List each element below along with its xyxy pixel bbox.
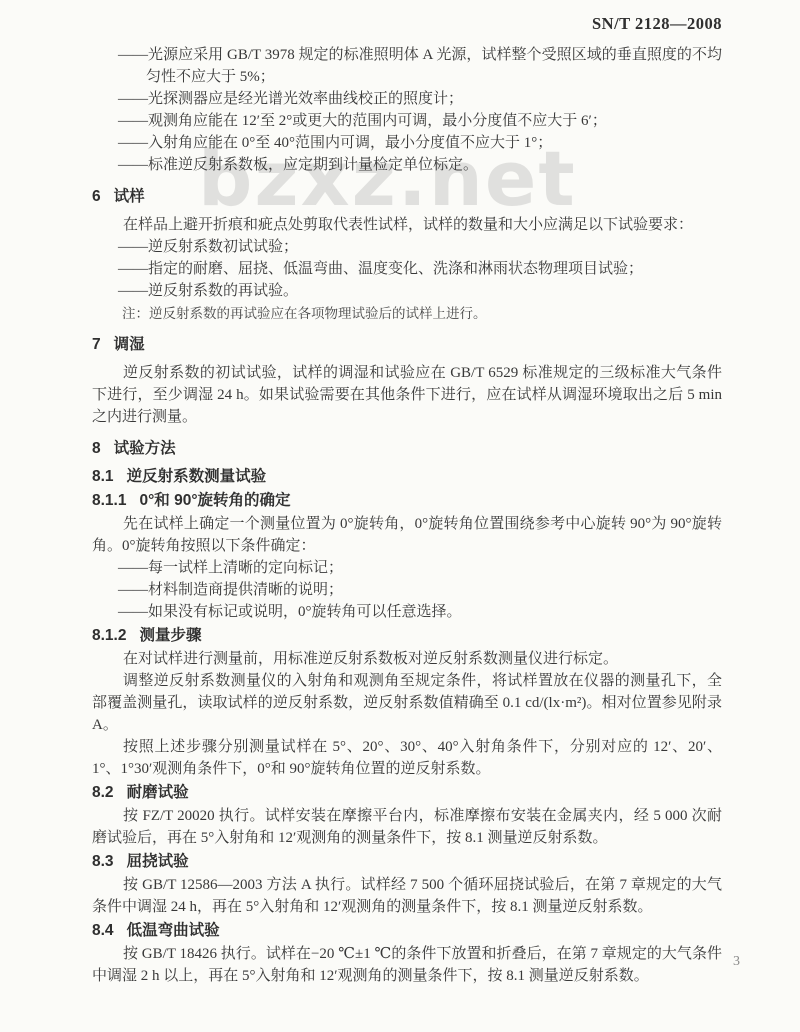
section-heading-8-1-1: 8.1.10°和 90°旋转角的确定 xyxy=(92,490,722,512)
section-heading-8-3: 8.3屈挠试验 xyxy=(92,851,722,873)
list-item-text: 逆反射系数初试试验； xyxy=(148,239,298,255)
section-title: 测量步骤 xyxy=(139,627,201,644)
section-title: 低温弯曲试验 xyxy=(127,922,220,939)
list-item-dash: ——逆反射系数初试试验； xyxy=(92,236,722,258)
section-number: 8.1.1 xyxy=(92,492,126,509)
document-number: SN/T 2128—2008 xyxy=(92,14,722,34)
section-heading-6: 6试样 xyxy=(92,186,722,208)
list-item-text: 逆反射系数的再试验。 xyxy=(148,283,298,299)
section-title: 0°和 90°旋转角的确定 xyxy=(139,492,290,509)
list-item-text: 每一试样上清晰的定向标记； xyxy=(148,560,343,576)
note: 注：逆反射系数的再试验应在各项物理试验后的试样上进行。 xyxy=(92,304,722,324)
section-title: 屈挠试验 xyxy=(127,853,189,870)
dash-glyph: —— xyxy=(118,582,148,598)
section-heading-8-1-2: 8.1.2测量步骤 xyxy=(92,625,722,647)
list-item-text: 指定的耐磨、屈挠、低温弯曲、温度变化、洗涤和淋雨状态物理项目试验； xyxy=(148,261,643,277)
list-item-text: 如果没有标记或说明，0°旋转角可以任意选择。 xyxy=(148,604,462,620)
section-number: 8.3 xyxy=(92,853,114,870)
note-text: 逆反射系数的再试验应在各项物理试验后的试样上进行。 xyxy=(149,306,487,321)
list-item-dash: ——光探测器应是经光谱光效率曲线校正的照度计； xyxy=(92,88,722,110)
section-number: 7 xyxy=(92,336,101,353)
section-number: 8.1.2 xyxy=(92,627,126,644)
paragraph: 逆反射系数的初试试验，试样的调湿和试验应在 GB/T 6529 标准规定的三级标… xyxy=(92,362,722,428)
list-item-text: 光源应采用 GB/T 3978 规定的标准照明体 A 光源，试样整个受照区域的垂… xyxy=(146,47,722,85)
list-item-dash: ——光源应采用 GB/T 3978 规定的标准照明体 A 光源，试样整个受照区域… xyxy=(92,44,722,88)
paragraph: 按 FZ/T 20020 执行。试样安装在摩擦平台内，标准摩擦布安装在金属夹内，… xyxy=(92,805,722,849)
section-number: 6 xyxy=(92,188,101,205)
paragraph: 调整逆反射系数测量仪的入射角和观测角至规定条件，将试样置放在仪器的测量孔下，全部… xyxy=(92,670,722,736)
list-item-text: 光探测器应是经光谱光效率曲线校正的照度计； xyxy=(148,91,463,107)
paragraph: 按照上述步骤分别测量试样在 5°、20°、30°、40°入射角条件下，分别对应的… xyxy=(92,736,722,780)
paragraph: 在对试样进行测量前，用标准逆反射系数板对逆反射系数测量仪进行标定。 xyxy=(92,648,722,670)
section-heading-8-1: 8.1逆反射系数测量试验 xyxy=(92,466,722,488)
paragraph: 先在试样上确定一个测量位置为 0°旋转角，0°旋转角位置围绕参考中心旋转 90°… xyxy=(92,513,722,557)
section-heading-8-2: 8.2耐磨试验 xyxy=(92,782,722,804)
scanned-standard-page: bzxz.net SN/T 2128—2008 ——光源应采用 GB/T 397… xyxy=(0,0,800,1032)
dash-glyph: —— xyxy=(118,157,148,173)
section-number: 8.1 xyxy=(92,468,114,485)
note-label: 注： xyxy=(122,306,149,321)
paragraph: 按 GB/T 12586—2003 方法 A 执行。试样经 7 500 个循环屈… xyxy=(92,874,722,918)
list-item-dash: ——每一试样上清晰的定向标记； xyxy=(92,557,722,579)
section-title: 逆反射系数测量试验 xyxy=(127,468,267,485)
section-title: 调湿 xyxy=(114,336,145,353)
dash-glyph: —— xyxy=(118,261,148,277)
section-title: 试样 xyxy=(114,188,145,205)
document-body: SN/T 2128—2008 ——光源应采用 GB/T 3978 规定的标准照明… xyxy=(0,0,800,1032)
list-item-dash: ——逆反射系数的再试验。 xyxy=(92,280,722,302)
list-item-dash: ——如果没有标记或说明，0°旋转角可以任意选择。 xyxy=(92,601,722,623)
dash-glyph: —— xyxy=(118,47,148,63)
list-item-dash: ——观测角应能在 12′至 2°或更大的范围内可调，最小分度值不应大于 6′； xyxy=(92,110,722,132)
list-item-dash: ——指定的耐磨、屈挠、低温弯曲、温度变化、洗涤和淋雨状态物理项目试验； xyxy=(92,258,722,280)
list-item-dash: ——入射角应能在 0°至 40°范围内可调，最小分度值不应大于 1°； xyxy=(92,132,722,154)
dash-glyph: —— xyxy=(118,113,148,129)
section-title: 试验方法 xyxy=(114,440,176,457)
section-number: 8 xyxy=(92,440,101,457)
section-title: 耐磨试验 xyxy=(127,784,189,801)
page-number: 3 xyxy=(733,954,740,970)
paragraph: 在样品上避开折痕和疵点处剪取代表性试样，试样的数量和大小应满足以下试验要求： xyxy=(92,214,722,236)
dash-glyph: —— xyxy=(118,91,148,107)
list-item-text: 观测角应能在 12′至 2°或更大的范围内可调，最小分度值不应大于 6′； xyxy=(148,113,607,129)
section-heading-8-4: 8.4低温弯曲试验 xyxy=(92,920,722,942)
list-item-text: 材料制造商提供清晰的说明； xyxy=(148,582,343,598)
list-item-text: 标准逆反射系数板，应定期到计量检定单位标定。 xyxy=(148,157,478,173)
section-heading-8: 8试验方法 xyxy=(92,438,722,460)
list-item-text: 入射角应能在 0°至 40°范围内可调，最小分度值不应大于 1°； xyxy=(148,135,552,151)
list-item-dash: ——材料制造商提供清晰的说明； xyxy=(92,579,722,601)
section-number: 8.2 xyxy=(92,784,114,801)
dash-glyph: —— xyxy=(118,239,148,255)
dash-glyph: —— xyxy=(118,283,148,299)
dash-glyph: —— xyxy=(118,560,148,576)
section-heading-7: 7调湿 xyxy=(92,334,722,356)
dash-glyph: —— xyxy=(118,604,148,620)
list-item-dash: ——标准逆反射系数板，应定期到计量检定单位标定。 xyxy=(92,154,722,176)
dash-glyph: —— xyxy=(118,135,148,151)
section-number: 8.4 xyxy=(92,922,114,939)
paragraph: 按 GB/T 18426 执行。试样在−20 ℃±1 ℃的条件下放置和折叠后，在… xyxy=(92,943,722,987)
